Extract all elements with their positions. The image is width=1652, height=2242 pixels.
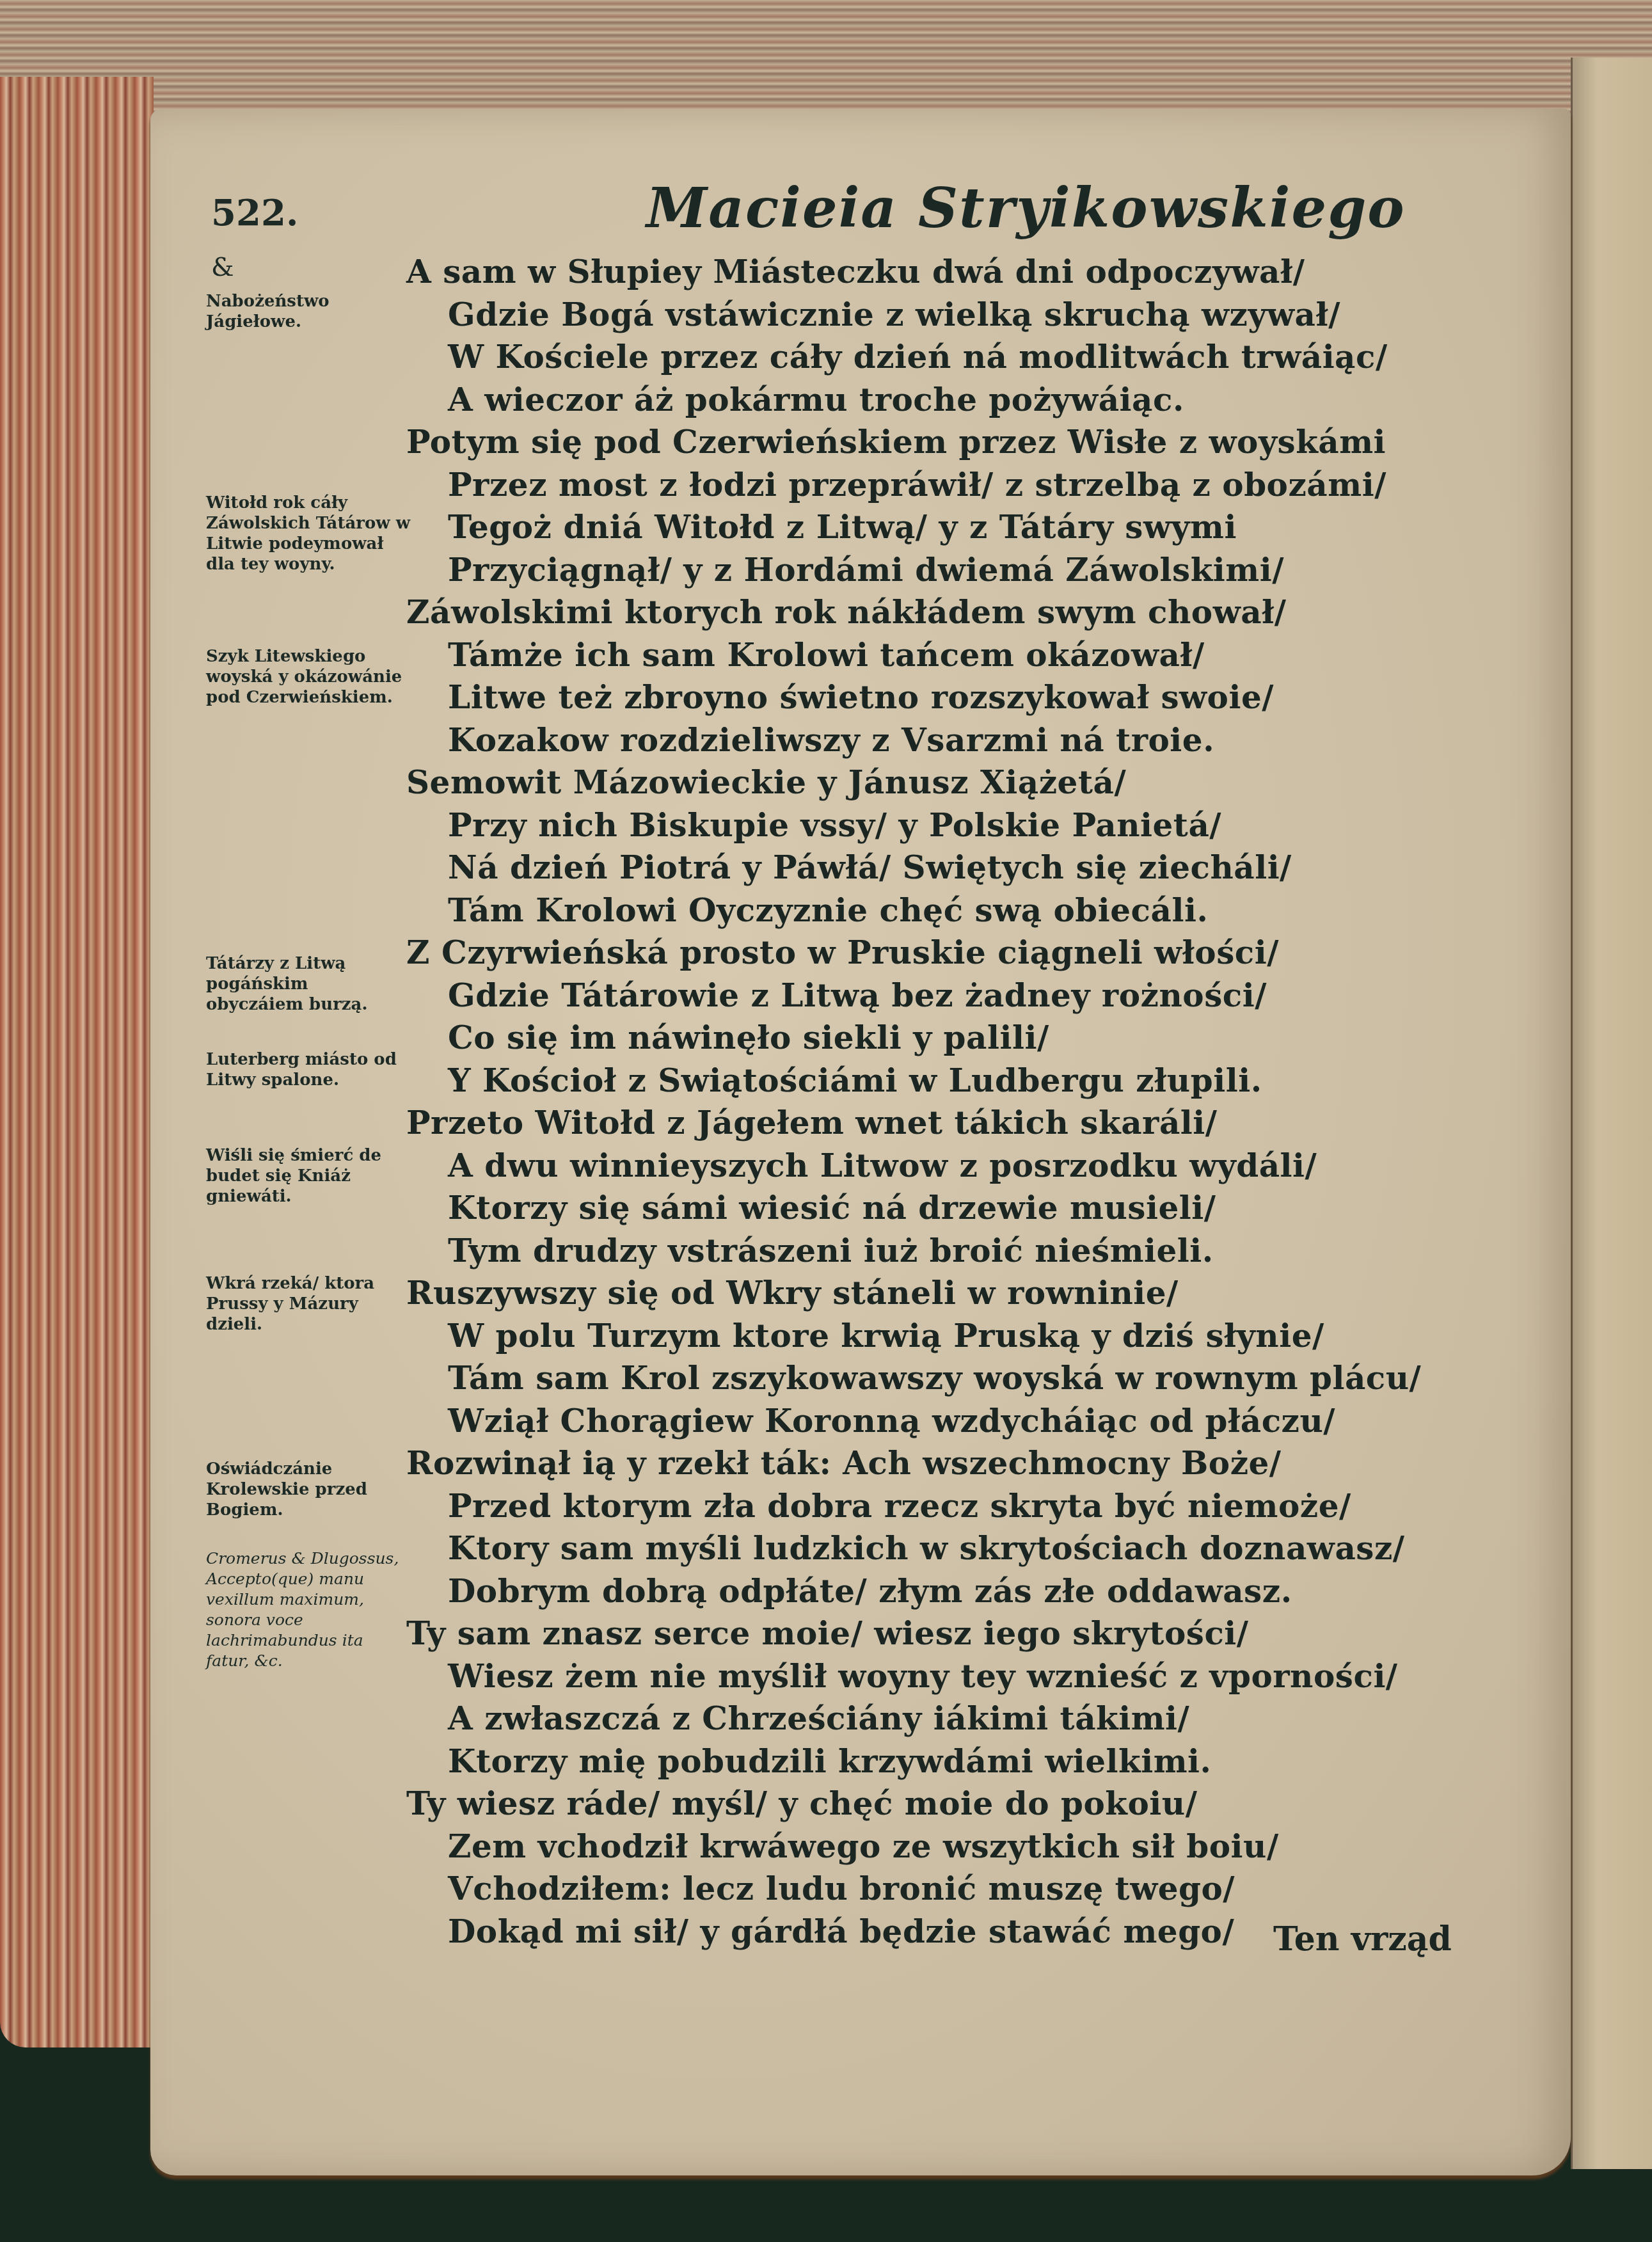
verse-line: Ty sam znasz serce moie/ wiesz iego skry… <box>406 1614 1249 1652</box>
verse-line: Wiesz żem nie myślił woyny tey wznieść z… <box>448 1657 1398 1695</box>
verse-line: A sam w Słupiey Miásteczku dwá dni odpoc… <box>406 253 1305 290</box>
verse-line: Dokąd mi sił/ y gárdłá będzie stawáć meg… <box>448 1912 1234 1950</box>
verse-line: Przeto Witołd z Jágełem wnet tákich skar… <box>406 1104 1218 1141</box>
verse-line: Zem vchodził krwáwego ze wszytkich sił b… <box>448 1827 1279 1865</box>
verse-line: Támże ich sam Krolowi tańcem okázował/ <box>448 636 1205 674</box>
page-number: 522. <box>211 192 298 234</box>
verse-line: Ktorzy się sámi wiesić ná drzewie musiel… <box>448 1189 1216 1227</box>
verse-line: Co się im náwinęło siekli y palili/ <box>448 1019 1049 1056</box>
book-fore-edge <box>0 77 154 2047</box>
verse-line: Y Kościoł z Swiątościámi w Ludbergu złup… <box>448 1061 1262 1099</box>
marginal-note: Wiśli się śmierć de budet się Kniáż gnie… <box>206 1145 411 1207</box>
verse-line: A wieczor áż pokármu troche pożywáiąc. <box>448 381 1184 418</box>
running-head: Macieia Stryikowskiego <box>646 176 1406 241</box>
verse-line: A zwłaszczá z Chrześciány iákimi tákimi/ <box>448 1699 1189 1737</box>
facing-page-edge <box>1571 58 1652 2169</box>
signature-mark: & <box>211 253 234 282</box>
catchword: Ten vrząd <box>1273 1920 1452 1959</box>
verse-line: Z Czyrwieńská prosto w Pruskie ciągneli … <box>406 934 1279 971</box>
marginal-note: Luterberg miásto od Litwy spalone. <box>206 1049 411 1090</box>
verse-line: Przez most z łodzi przepráwił/ z strzelb… <box>448 466 1386 504</box>
verse-line: Wziął Chorągiew Koronną wzdycháiąc od pł… <box>448 1402 1335 1440</box>
marginal-note: Tátárzy z Litwą pogáńskim obyczáiem burz… <box>206 953 411 1015</box>
book-page <box>150 109 1571 2175</box>
marginal-note: Cromerus & Dlugossus, Accepto(que) manu … <box>206 1548 411 1671</box>
verse-line: Semowit Mázowieckie y Jánusz Xiążetá/ <box>406 763 1126 801</box>
verse-line: Ty wiesz ráde/ myśl/ y chęć moie do poko… <box>406 1785 1197 1822</box>
verse-line: Kozakow rozdzieliwszy z Vsarzmi ná troie… <box>448 721 1214 759</box>
verse-line: Tám sam Krol zszykowawszy woyská w rowny… <box>448 1359 1421 1397</box>
verse-line: Przyciągnął/ y z Hordámi dwiemá Záwolski… <box>448 551 1284 589</box>
verse-line: Gdzie Bogá vstáwicznie z wielką skruchą … <box>448 296 1340 333</box>
verse-line: Ruszywszy się od Wkry stáneli w rowninie… <box>406 1274 1179 1312</box>
marginal-note: Szyk Litewskiego woyská y okázowánie pod… <box>206 646 411 708</box>
verse-line: Tegoż dniá Witołd z Litwą/ y z Tátáry sw… <box>448 508 1237 546</box>
verse-line: Tám Krolowi Oyczyznie chęć swą obiecáli. <box>448 891 1208 929</box>
verse-line: W Kościele przez cáły dzień ná modlitwác… <box>448 338 1388 376</box>
verse-line: A dwu winnieyszych Litwow z posrzodku wy… <box>448 1147 1317 1184</box>
verse-line: Dobrym dobrą odpłáte/ złym zás złe oddaw… <box>448 1572 1292 1610</box>
verse-line: Potym się pod Czerwieńskiem przez Wisłe … <box>406 423 1386 461</box>
marginal-note: Nabożeństwo Jágiełowe. <box>206 291 411 332</box>
verse-line: Gdzie Tátárowie z Litwą bez żadney rożno… <box>448 976 1267 1014</box>
verse-line: Ná dzień Piotrá y Páwłá/ Swiętych się zi… <box>448 848 1292 886</box>
marginal-note: Wkrá rzeká/ ktora Prussy y Mázury dzieli… <box>206 1273 411 1335</box>
marginal-note: Oświádczánie Krolewskie przed Bogiem. <box>206 1459 411 1520</box>
verse-line: Rozwinął ią y rzekł ták: Ach wszechmocny… <box>406 1444 1282 1482</box>
verse-line: Vchodziłem: lecz ludu bronić muszę twego… <box>448 1870 1235 1907</box>
verse-line: Litwe też zbroyno świetno rozszykował sw… <box>448 678 1274 716</box>
verse-line: Przed ktorym zła dobra rzecz skryta być … <box>448 1487 1351 1525</box>
verse-line: W polu Turzym ktore krwią Pruską y dziś … <box>448 1317 1324 1355</box>
verse-line: Ktory sam myśli ludzkich w skrytościach … <box>448 1529 1405 1567</box>
marginal-note: Witołd rok cáły Záwolskich Tátárow w Lit… <box>206 493 411 575</box>
verse-line: Záwolskimi ktorych rok nákłádem swym cho… <box>406 593 1287 631</box>
verse-line: Przy nich Biskupie vssy/ y Polskie Panie… <box>448 806 1221 844</box>
verse-line: Tym drudzy vstrászeni iuż broić nieśmiel… <box>448 1232 1214 1269</box>
verse-line: Ktorzy mię pobudzili krzywdámi wielkimi. <box>448 1742 1212 1780</box>
